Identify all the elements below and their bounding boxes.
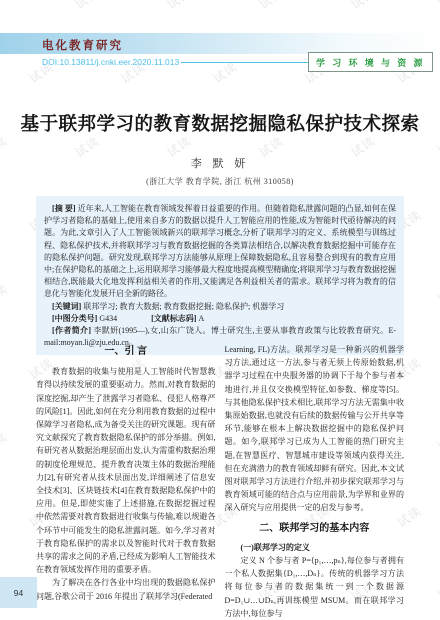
doi-row: DOI:10.13811/j.cnki.eer.2020.11.013 学 习 … [42, 52, 433, 72]
section2-heading: 二、联邦学习的基本内容 [225, 522, 405, 535]
doc-code-value: A [198, 314, 204, 323]
section2-paragraph: 定义 N 个参与者 P={p₁,…,pₙ},每位参与者拥有一个私人数据集{D₁,… [225, 554, 405, 620]
doc-code-label: [文献标志码] [151, 314, 196, 323]
abstract-text: 近年来,人工智能在教育领域发挥着日益重要的作用。但随着隐私泄露问题的凸显,如何在… [44, 204, 396, 298]
keywords-label: [关键词] [52, 302, 81, 311]
journal-name: 电化教育研究 [42, 37, 123, 53]
intro-paragraph-1: 教育数据的收集与使用是人工智能时代智慧教育得以持续发展的重要驱动力。然而,对教育… [36, 365, 216, 576]
abstract-box: [摘 要]近年来,人工智能在教育领域发挥着日益重要的作用。但随着隐私泄露问题的凸… [36, 196, 404, 355]
intro-paragraph-2: 为了解决在各行各业中均出现的数据隐私保护问题,谷歌公司于 2016 年提出了联邦… [36, 576, 216, 602]
author-name: 李 默 妍 [0, 155, 440, 171]
page-content: 电化教育研究 DOI:10.13811/j.cnki.eer.2020.11.0… [0, 0, 440, 620]
page-number: 94 [14, 588, 23, 598]
section-badge: 学 习 环 境 与 资 源 [308, 52, 433, 72]
left-column: 一、引 言 教育数据的收集与使用是人工智能时代智慧教育得以持续发展的重要驱动力。… [36, 343, 216, 620]
bio-label: [作者简介] [52, 326, 91, 335]
clc-value: G434 [99, 314, 117, 323]
keywords-text: 联邦学习; 教育大数据; 教育数据挖掘; 隐私保护; 机器学习 [83, 302, 284, 311]
doi-text: DOI:10.13811/j.cnki.eer.2020.11.013 [42, 57, 179, 67]
clc-label: [中图分类号] [52, 314, 97, 323]
affiliation: (浙江大学 教育学院, 浙江 杭州 310058) [0, 176, 440, 187]
doi-underline [181, 62, 308, 63]
paper-page: 试读试读试读试读试读试读试读试读试读试读试读试读试读试读试读试读试读试读试读试读… [0, 0, 440, 620]
right-column: Learning, FL)方法。联邦学习是一种新兴的机器学习方法,通过这一方法,… [225, 343, 405, 620]
classification-line: [中图分类号]G434[文献标志码]A [44, 313, 396, 325]
article-title: 基于联邦学习的教育数据挖掘隐私保护技术探索 [0, 110, 440, 136]
intro-heading: 一、引 言 [36, 345, 216, 358]
abstract-paragraph: [摘 要]近年来,人工智能在教育领域发挥着日益重要的作用。但随着隐私泄露问题的凸… [44, 203, 396, 301]
keywords-line: [关键词]联邦学习; 教育大数据; 教育数据挖掘; 隐私保护; 机器学习 [44, 301, 396, 313]
abstract-label: [摘 要] [52, 204, 76, 213]
page-number-box: 94 [0, 577, 37, 608]
right-paragraph-1: Learning, FL)方法。联邦学习是一种新兴的机器学习方法,通过这一方法,… [225, 343, 405, 515]
body-columns: 一、引 言 教育数据的收集与使用是人工智能时代智慧教育得以持续发展的重要驱动力。… [36, 343, 404, 620]
section2-subheading: (一)联邦学习的定义 [225, 541, 405, 554]
